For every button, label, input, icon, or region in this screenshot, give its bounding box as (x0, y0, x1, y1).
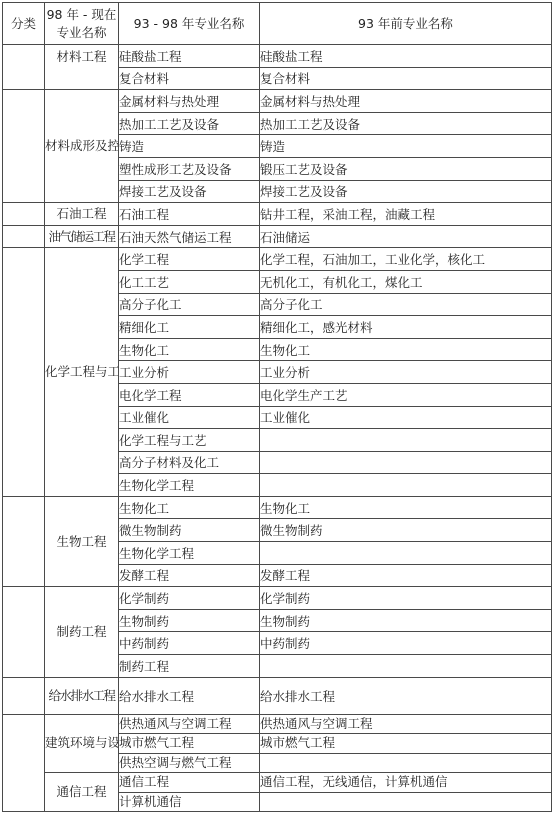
category-cell (3, 45, 45, 90)
mid-major-cell: 金属材料与热处理 (119, 90, 260, 113)
mid-major-cell: 生物化工 (119, 338, 260, 361)
old-major-cell: 生物制药 (260, 609, 552, 632)
mid-major-cell: 铸造 (119, 135, 260, 158)
old-major-cell: 高分子化工 (260, 293, 552, 316)
current-major-cell: 材料成形及控制工程 (45, 90, 119, 203)
table-row: 制药工程 化学制药 化学制药 (3, 587, 552, 610)
old-major-cell: 石油储运 (260, 225, 552, 248)
old-major-cell: 城市燃气工程 (260, 734, 552, 754)
current-major-cell: 石油工程 (45, 203, 119, 226)
table-row: 化学工程与工艺 化学工程 化学工程，石油加工，工业化学，核化工 (3, 248, 552, 271)
mid-major-cell: 石油天然气储运工程 (119, 225, 260, 248)
mid-major-cell: 生物化学工程 (119, 542, 260, 565)
current-major-cell: 化学工程与工艺 (45, 248, 119, 497)
table-row: 材料成形及控制工程 金属材料与热处理 金属材料与热处理 (3, 90, 552, 113)
old-major-cell: 铸造 (260, 135, 552, 158)
mid-major-cell: 电化学工程 (119, 383, 260, 406)
old-major-cell: 化学工程，石油加工，工业化学，核化工 (260, 248, 552, 271)
old-major-cell: 发酵工程 (260, 564, 552, 587)
category-cell (3, 225, 45, 248)
mid-major-cell: 给水排水工程 (119, 677, 260, 714)
table-row: 给水排水工程 给水排水工程 给水排水工程 (3, 677, 552, 714)
category-cell (3, 587, 45, 677)
header-pre-93-major: 93 年前专业名称 (260, 3, 552, 45)
mid-major-cell: 制药工程 (119, 655, 260, 678)
old-major-cell (260, 542, 552, 565)
mid-major-cell: 工业催化 (119, 406, 260, 429)
table-row: 生物工程 生物化工 生物化工 (3, 496, 552, 519)
old-major-cell: 生物化工 (260, 338, 552, 361)
table-row: 石油工程 石油工程 钻井工程，采油工程，油藏工程 (3, 203, 552, 226)
old-major-cell (260, 474, 552, 497)
mid-major-cell: 化学工程 (119, 248, 260, 271)
table-row: 材料工程 硅酸盐工程 硅酸盐工程 (3, 45, 552, 68)
old-major-cell: 焊接工艺及设备 (260, 180, 552, 203)
mid-major-cell: 石油工程 (119, 203, 260, 226)
old-major-cell: 锻压工艺及设备 (260, 157, 552, 180)
current-major-cell: 通信工程 (45, 773, 119, 812)
mid-major-cell: 发酵工程 (119, 564, 260, 587)
mid-major-cell: 焊接工艺及设备 (119, 180, 260, 203)
old-major-cell: 工业催化 (260, 406, 552, 429)
old-major-cell: 精细化工，感光材料 (260, 316, 552, 339)
old-major-cell: 工业分析 (260, 361, 552, 384)
old-major-cell: 微生物制药 (260, 519, 552, 542)
mid-major-cell: 生物化学工程 (119, 474, 260, 497)
mid-major-cell: 精细化工 (119, 316, 260, 339)
mid-major-cell: 高分子材料及化工 (119, 451, 260, 474)
current-major-cell: 制药工程 (45, 587, 119, 677)
mid-major-cell: 通信工程 (119, 773, 260, 793)
header-current-line2: 专业名称 (45, 24, 118, 42)
major-name-mapping-table: 分类 98 年 - 现在 专业名称 93 - 98 年专业名称 93 年前专业名… (2, 2, 552, 812)
old-major-cell: 硅酸盐工程 (260, 45, 552, 68)
mid-major-cell: 化学制药 (119, 587, 260, 610)
old-major-cell (260, 792, 552, 812)
mid-major-cell: 高分子化工 (119, 293, 260, 316)
mid-major-cell: 热加工工艺及设备 (119, 112, 260, 135)
category-cell (3, 714, 45, 812)
mid-major-cell: 复合材料 (119, 67, 260, 90)
header-93-98-major: 93 - 98 年专业名称 (119, 3, 260, 45)
category-cell (3, 496, 45, 586)
current-major-cell: 建筑环境与设备工程 (45, 714, 119, 773)
mid-major-cell: 城市燃气工程 (119, 734, 260, 754)
mid-major-cell: 塑性成形工艺及设备 (119, 157, 260, 180)
header-current-line1: 98 年 - 现在 (45, 6, 118, 24)
table-row: 通信工程 通信工程 通信工程，无线通信，计算机通信 (3, 773, 552, 793)
mid-major-cell: 硅酸盐工程 (119, 45, 260, 68)
mid-major-cell: 化学工程与工艺 (119, 429, 260, 452)
mid-major-cell: 微生物制药 (119, 519, 260, 542)
current-major-cell: 给水排水工程 (45, 677, 119, 714)
table-row: 油气储运工程 石油天然气储运工程 石油储运 (3, 225, 552, 248)
old-major-cell: 金属材料与热处理 (260, 90, 552, 113)
table-row: 建筑环境与设备工程 供热通风与空调工程 供热通风与空调工程 (3, 714, 552, 734)
mid-major-cell: 生物化工 (119, 496, 260, 519)
mid-major-cell: 中药制药 (119, 632, 260, 655)
old-major-cell: 供热通风与空调工程 (260, 714, 552, 734)
old-major-cell (260, 753, 552, 773)
header-current-major: 98 年 - 现在 专业名称 (45, 3, 119, 45)
mid-major-cell: 供热通风与空调工程 (119, 714, 260, 734)
mid-major-cell: 供热空调与燃气工程 (119, 753, 260, 773)
current-major-cell: 油气储运工程 (45, 225, 119, 248)
current-major-cell: 材料工程 (45, 45, 119, 90)
old-major-cell: 钻井工程，采油工程，油藏工程 (260, 203, 552, 226)
old-major-cell: 给水排水工程 (260, 677, 552, 714)
mid-major-cell: 工业分析 (119, 361, 260, 384)
category-cell (3, 677, 45, 714)
old-major-cell: 电化学生产工艺 (260, 383, 552, 406)
mid-major-cell: 生物制药 (119, 609, 260, 632)
old-major-cell: 热加工工艺及设备 (260, 112, 552, 135)
old-major-cell (260, 655, 552, 678)
old-major-cell: 生物化工 (260, 496, 552, 519)
current-major-cell: 生物工程 (45, 496, 119, 586)
old-major-cell: 通信工程，无线通信，计算机通信 (260, 773, 552, 793)
old-major-cell: 化学制药 (260, 587, 552, 610)
header-category: 分类 (3, 3, 45, 45)
old-major-cell: 中药制药 (260, 632, 552, 655)
category-cell (3, 248, 45, 497)
category-cell (3, 90, 45, 203)
old-major-cell (260, 429, 552, 452)
header-row: 分类 98 年 - 现在 专业名称 93 - 98 年专业名称 93 年前专业名… (3, 3, 552, 45)
old-major-cell: 无机化工，有机化工，煤化工 (260, 270, 552, 293)
mid-major-cell: 化工工艺 (119, 270, 260, 293)
old-major-cell: 复合材料 (260, 67, 552, 90)
category-cell (3, 203, 45, 226)
old-major-cell (260, 451, 552, 474)
mid-major-cell: 计算机通信 (119, 792, 260, 812)
